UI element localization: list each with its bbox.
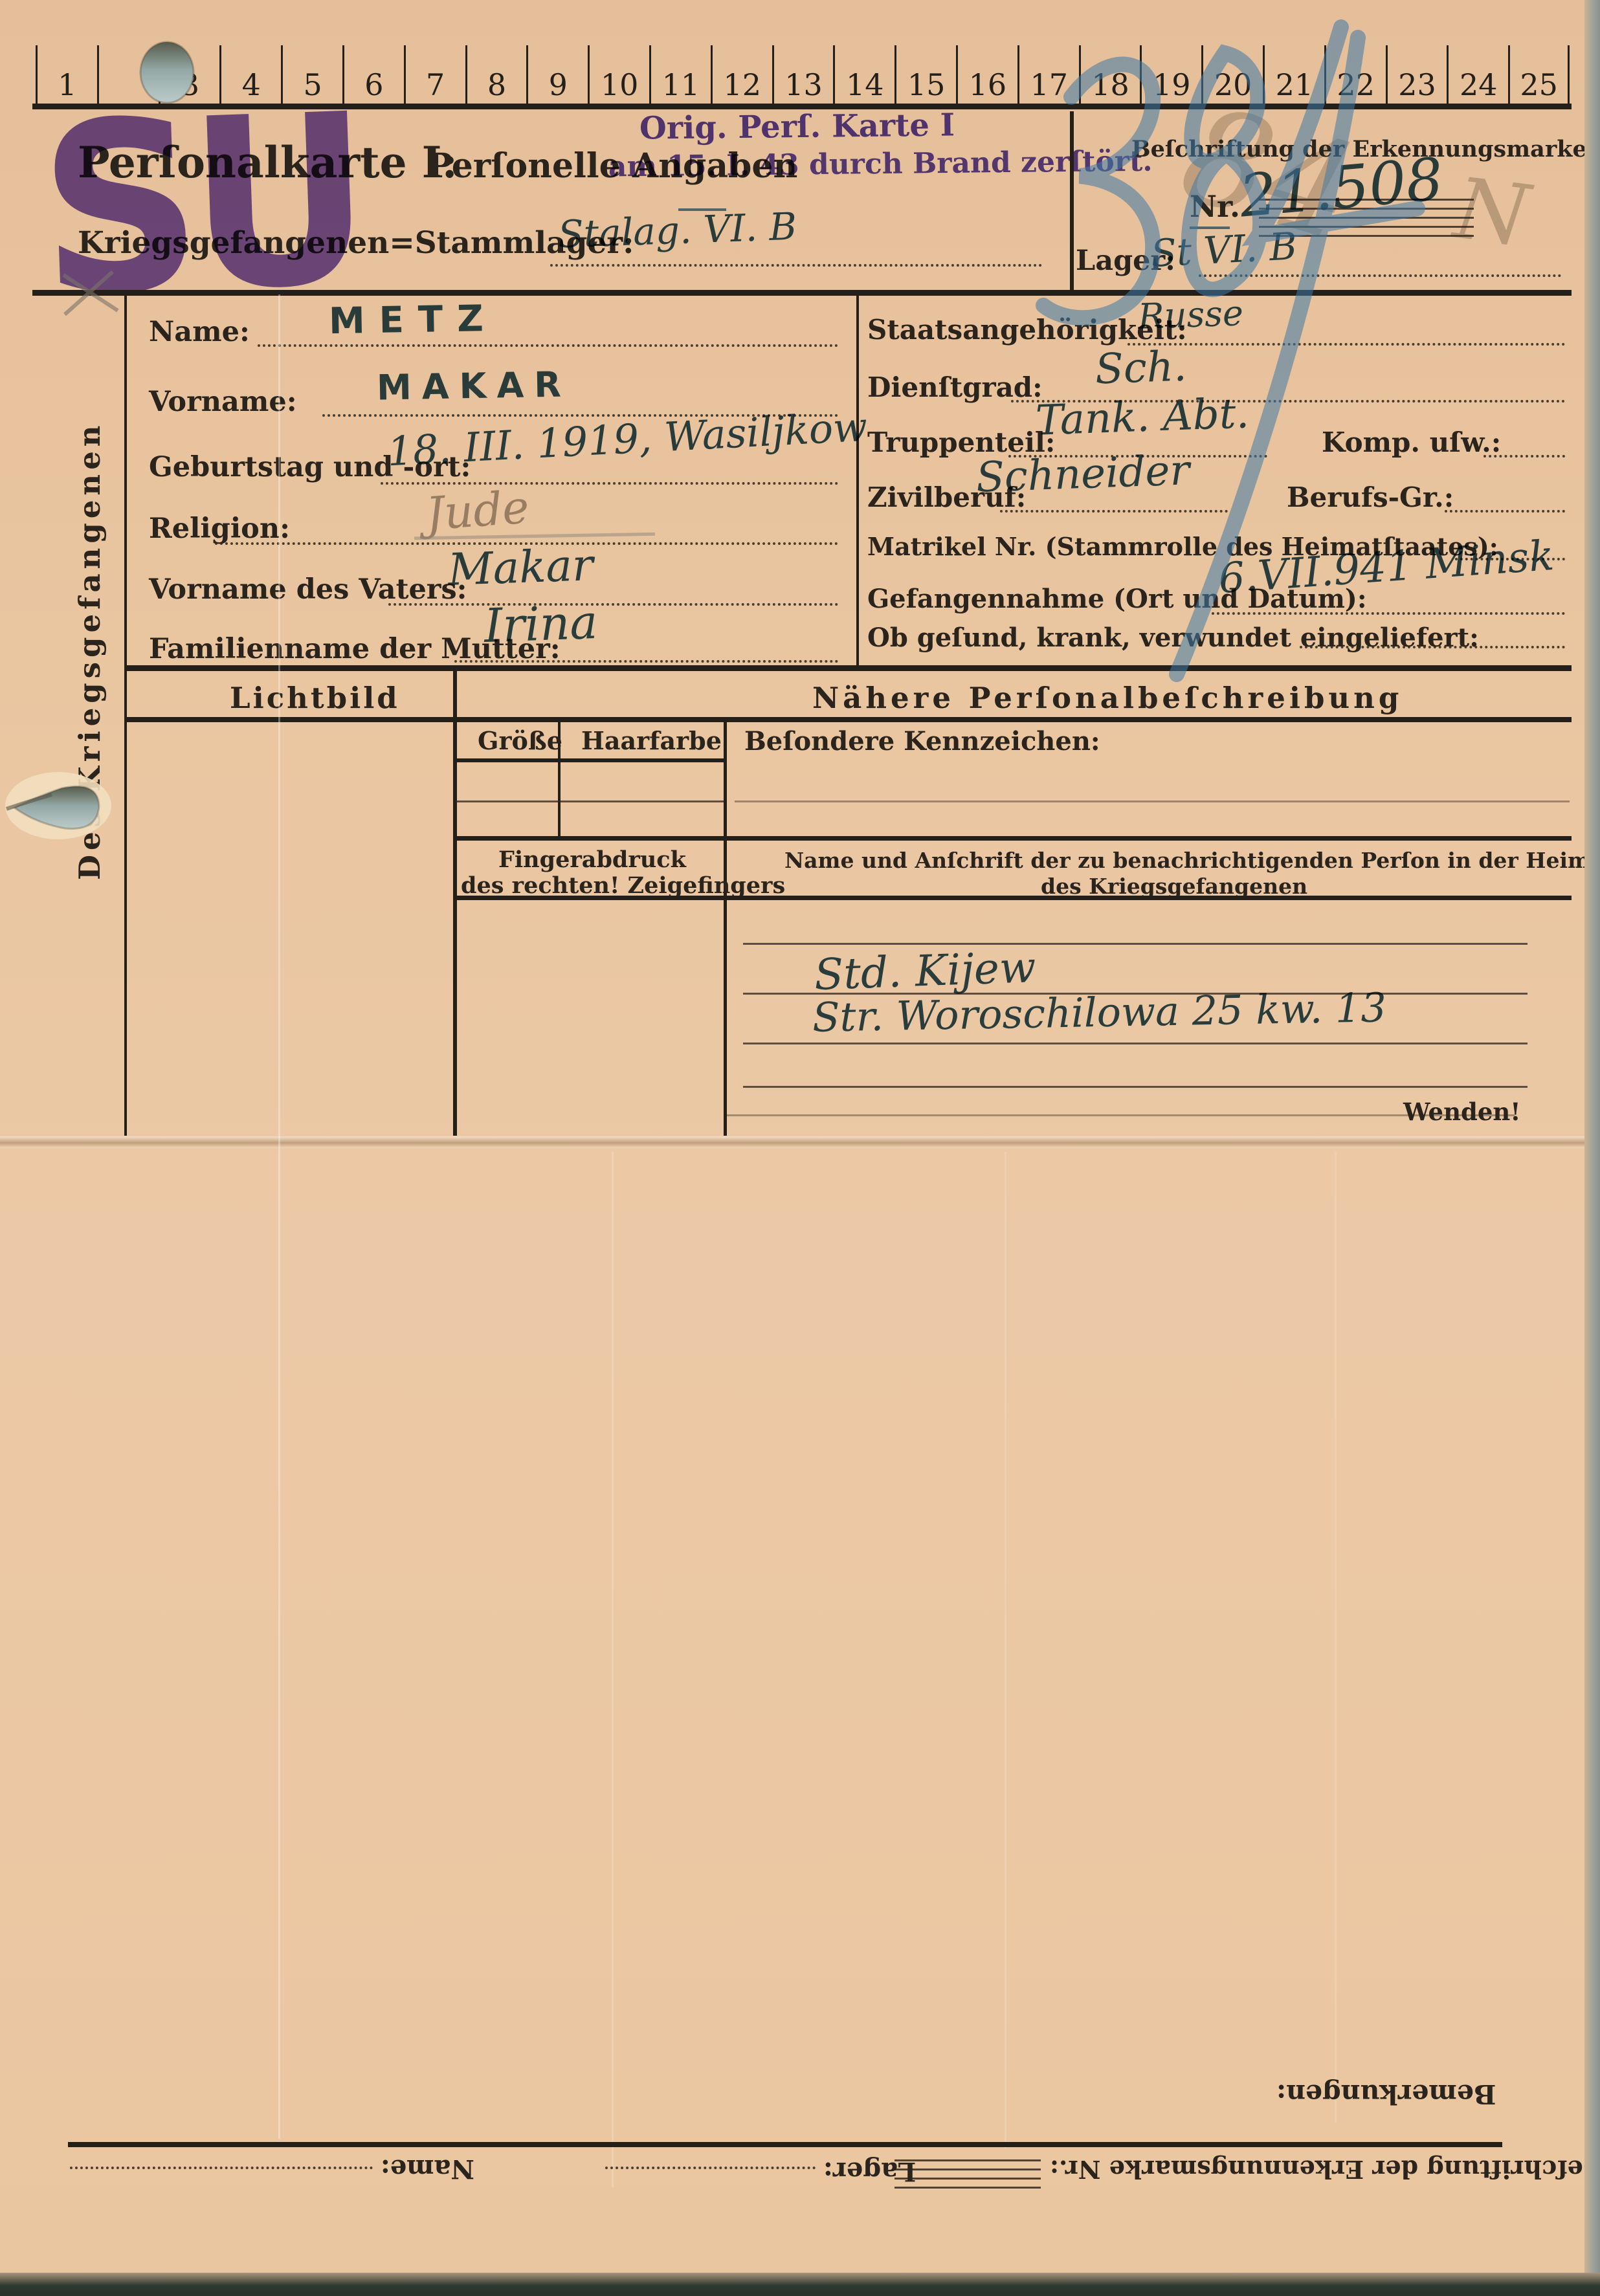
zivilberuf-value: Schneider — [975, 447, 1190, 502]
ruler-cell: 24 — [1447, 45, 1508, 105]
footer-ruled-lines — [894, 2152, 1041, 2190]
ruler-cell: 19 — [1140, 45, 1201, 105]
description-header-underline — [124, 717, 1572, 722]
ruler-cell-number: 12 — [723, 67, 761, 102]
marke-lager-dotted-line — [1199, 274, 1561, 277]
measure-header-underline — [456, 758, 724, 762]
ruler-cell-number: 13 — [784, 67, 823, 102]
kennzeichen-label: Beſondere Kennzeichen: — [744, 726, 1100, 756]
dienstgrad-label: Dienſtgrad: — [867, 371, 1043, 403]
scan-edge-bottom — [0, 2273, 1600, 2296]
scan-edge-right — [1584, 0, 1600, 2296]
ruler-cell: 10 — [588, 45, 649, 105]
lichtbild-label: Lichtbild — [230, 681, 400, 715]
ruler-cell-number: 8 — [487, 67, 506, 102]
address-rule-4 — [743, 1086, 1528, 1088]
komp-dotted-line — [1483, 455, 1565, 458]
fold-crease — [0, 1136, 1600, 1148]
staatsangehoerigkeit-value: Russe — [1137, 293, 1244, 337]
ruler-cell: 15 — [894, 45, 956, 105]
religion-label: Religion: — [149, 513, 290, 545]
personalbeschreibung-title: Nähere Perſonalbeſchreibung — [812, 681, 1403, 715]
dienstgrad-value: Sch. — [1094, 343, 1188, 394]
geburtstag-dotted-line — [381, 482, 838, 485]
ruler-cell: 22 — [1324, 45, 1386, 105]
description-top-line — [124, 665, 1572, 671]
stammlager-vi-overline — [678, 208, 726, 211]
ruler-cell-number: 16 — [969, 67, 1007, 102]
fingerprint-label-line2: des rechten! Zeigefingers — [461, 872, 785, 899]
finger-box-divider — [724, 720, 727, 1136]
ruler-cell-number: 18 — [1091, 67, 1129, 102]
footer-separator-line — [68, 2142, 1502, 2147]
ruler-cell: 16 — [956, 45, 1017, 105]
zivilberuf-dotted-line — [1000, 510, 1228, 513]
vater-dotted-line — [388, 603, 838, 606]
paper-crease — [1005, 1152, 1006, 2148]
paper-crease — [278, 294, 280, 2139]
staatsangehoerigkeit-dotted-line — [1128, 343, 1565, 346]
ruler-cell-number: 14 — [846, 67, 884, 102]
paper-crease — [1335, 1152, 1337, 2123]
ruler-cell: 17 — [1017, 45, 1079, 105]
komp-label: Komp. uſw.: — [1322, 426, 1501, 458]
header-separator-line — [32, 290, 1572, 296]
notify-underline — [456, 896, 1572, 900]
ruler-cell: 11 — [649, 45, 711, 105]
ruler-cell: 14 — [833, 45, 894, 105]
footer-bemerkungen-label: Bemerkungen: — [1276, 2079, 1496, 2110]
su-stamp: SU — [36, 65, 364, 348]
vater-value: Makar — [447, 540, 594, 596]
footer-name-dotted-line — [70, 2167, 373, 2169]
footer-beschriftung-label: Beſchriftung der Erkennungsmarke Nr.: — [1050, 2155, 1600, 2184]
ruler-cell-number: 9 — [549, 67, 568, 102]
kennzeichen-row-line — [735, 800, 1570, 802]
groesse-header: Größe — [478, 726, 562, 755]
destroyed-stamp-line1: Orig. Perſ. Karte I — [639, 107, 955, 146]
measure-row-line — [456, 800, 724, 802]
address-rule-3 — [743, 1043, 1528, 1044]
vater-label: Vorname des Vaters: — [149, 573, 467, 606]
ruler-cell-number: 19 — [1153, 67, 1191, 102]
berufsgr-dotted-line — [1445, 510, 1565, 513]
address-rule-5 — [726, 1114, 1515, 1116]
photo-box-divider — [453, 668, 457, 1136]
haarfarbe-header: Haarfarbe — [581, 726, 722, 755]
marke-box-divider — [1070, 111, 1074, 291]
ruler-cell-number: 10 — [601, 67, 639, 102]
marke-nr-label: Nr. — [1190, 189, 1240, 224]
ruler-cell-number: 11 — [662, 67, 700, 102]
ruler-cell-number: 23 — [1398, 67, 1436, 102]
berufsgr-label: Berufs-Gr.: — [1287, 481, 1454, 513]
marke-lager-vi-overline — [1190, 226, 1230, 229]
fields-center-divider — [856, 293, 859, 669]
fingerprint-label-line1: Fingerabdruck — [498, 846, 686, 873]
fields-box-left-edge — [124, 293, 127, 1136]
ruler-cell-number: 17 — [1030, 67, 1068, 102]
ruler-cell: 9 — [526, 45, 588, 105]
religion-value: Jude — [424, 481, 531, 541]
ruler-cell: 13 — [772, 45, 834, 105]
ruler-cell-number: 24 — [1460, 67, 1498, 102]
measure-bottom-line — [456, 836, 1572, 841]
stammlager-value: Stalag. VI. B — [557, 204, 797, 257]
footer-name-label: Name: — [381, 2154, 474, 2184]
gefangennahme-dotted-line — [1212, 612, 1565, 615]
ruler-cell-number: 15 — [907, 67, 946, 102]
zustand-dotted-line — [1300, 646, 1565, 648]
wenden-label: Wenden! — [1403, 1098, 1521, 1126]
ruler-cell: 8 — [465, 45, 527, 105]
pow-personal-card: 1345678910111213141516171819202122232425… — [0, 0, 1600, 2296]
ruler-cell: 7 — [404, 45, 465, 105]
footer-lager-label: Lager: — [823, 2156, 916, 2187]
name-value: METZ — [328, 298, 498, 343]
marke-lager-value: St VI. B — [1150, 224, 1298, 276]
vorname-label: Vorname: — [149, 386, 297, 418]
ruler-cell: 18 — [1079, 45, 1140, 105]
truppenteil-value: Tank. Abt. — [1035, 390, 1250, 445]
ruler-cell-number: 7 — [426, 67, 445, 102]
notify-label-line1: Name und Anſchrift der zu benachrichtige… — [784, 848, 1600, 873]
paper-crease — [612, 1152, 614, 2187]
ruler-cell-number: 22 — [1337, 67, 1375, 102]
address-line2: Str. Woroschilowa 25 kw. 13 — [812, 984, 1386, 1041]
footer-lager-dotted-line — [605, 2167, 816, 2169]
name-label: Name: — [149, 316, 250, 348]
vorname-value: MAKAR — [376, 364, 572, 408]
address-rule-1 — [743, 943, 1528, 945]
name-dotted-line — [258, 344, 838, 347]
mutter-dotted-line — [454, 660, 838, 663]
ruler-cell: 23 — [1386, 45, 1447, 105]
ruler-cell: 12 — [711, 45, 772, 105]
stammlager-dotted-line — [550, 264, 1042, 267]
ruler-cell-number: 25 — [1520, 67, 1558, 102]
ruler-cell-number: 6 — [364, 67, 383, 102]
side-vertical-label: Des Kriegsgefangenen — [72, 388, 107, 880]
mutter-value: Irina — [483, 595, 599, 653]
ruler-cell: 25 — [1508, 45, 1570, 105]
